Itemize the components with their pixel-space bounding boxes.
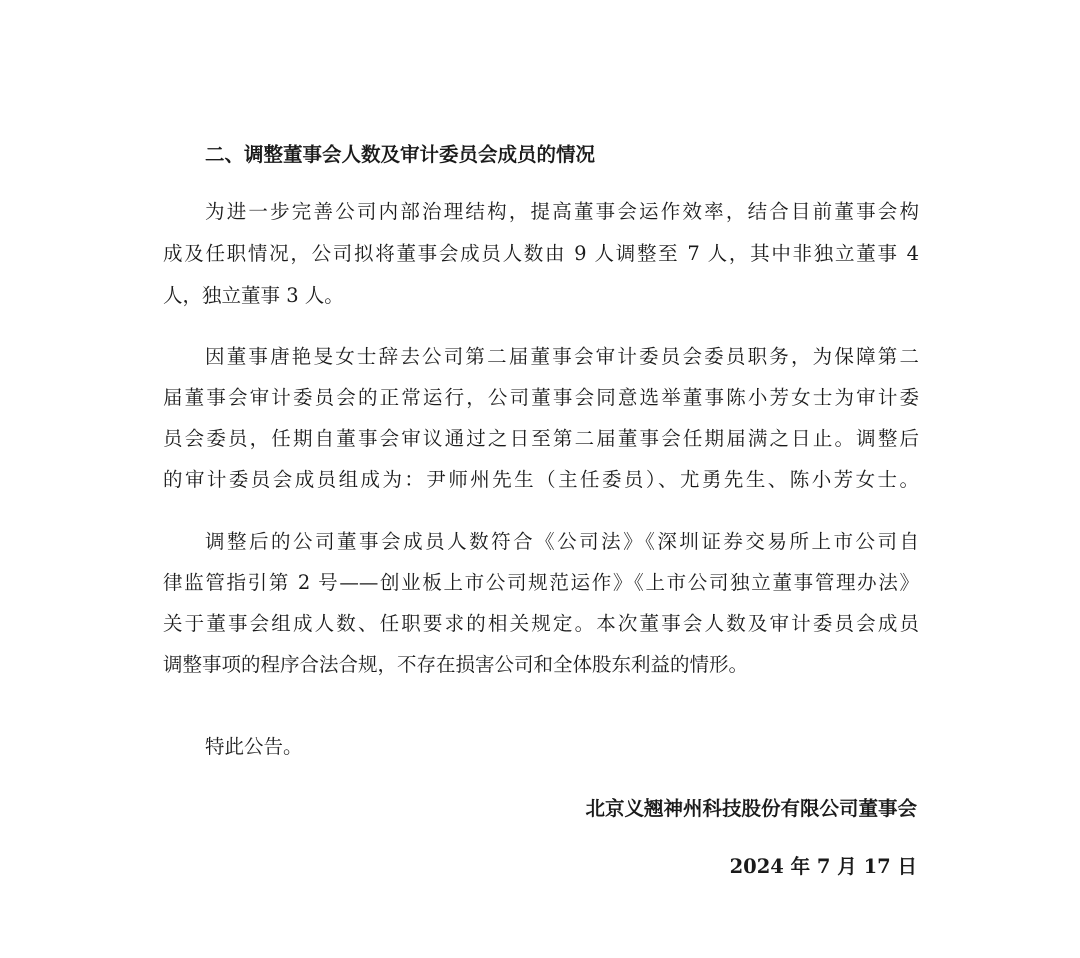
paragraph-line: 届董事会审计委员会的正常运行，公司董事会同意选举董事陈小芳女士为审计委 [163, 386, 919, 410]
paragraph-line: 关于董事会组成人数、任职要求的相关规定。本次董事会人数及审计委员会成员 [163, 612, 919, 636]
announcement-date: 2024 年 7 月 17 日 [730, 855, 917, 879]
closing-statement: 特此公告。 [205, 735, 303, 759]
company-signature: 北京义翘神州科技股份有限公司董事会 [585, 797, 917, 821]
document-page: 二、调整董事会人数及审计委员会成员的情况 为进一步完善公司内部治理结构，提高董事… [0, 0, 1080, 958]
paragraph-line: 律监管指引第 2 号——创业板上市公司规范运作》《上市公司独立董事管理办法》 [163, 571, 919, 595]
paragraph-line: 调整事项的程序合法合规，不存在损害公司和全体股东利益的情形。 [163, 653, 919, 677]
paragraph-line: 调整后的公司董事会成员人数符合《公司法》《深圳证券交易所上市公司自 [205, 530, 919, 554]
paragraph-line: 因董事唐艳旻女士辞去公司第二届董事会审计委员会委员职务，为保障第二 [205, 345, 919, 369]
paragraph-line: 成及任职情况，公司拟将董事会成员人数由 9 人调整至 7 人，其中非独立董事 4 [163, 242, 919, 266]
paragraph-line: 的审计委员会成员组成为：尹师州先生（主任委员）、尤勇先生、陈小芳女士。 [163, 468, 919, 492]
paragraph-line: 员会委员，任期自董事会审议通过之日至第二届董事会任期届满之日止。调整后 [163, 427, 919, 451]
paragraph-line: 为进一步完善公司内部治理结构，提高董事会运作效率，结合目前董事会构 [205, 200, 919, 224]
section-heading: 二、调整董事会人数及审计委员会成员的情况 [205, 143, 595, 167]
paragraph-line: 人，独立董事 3 人。 [163, 284, 919, 308]
